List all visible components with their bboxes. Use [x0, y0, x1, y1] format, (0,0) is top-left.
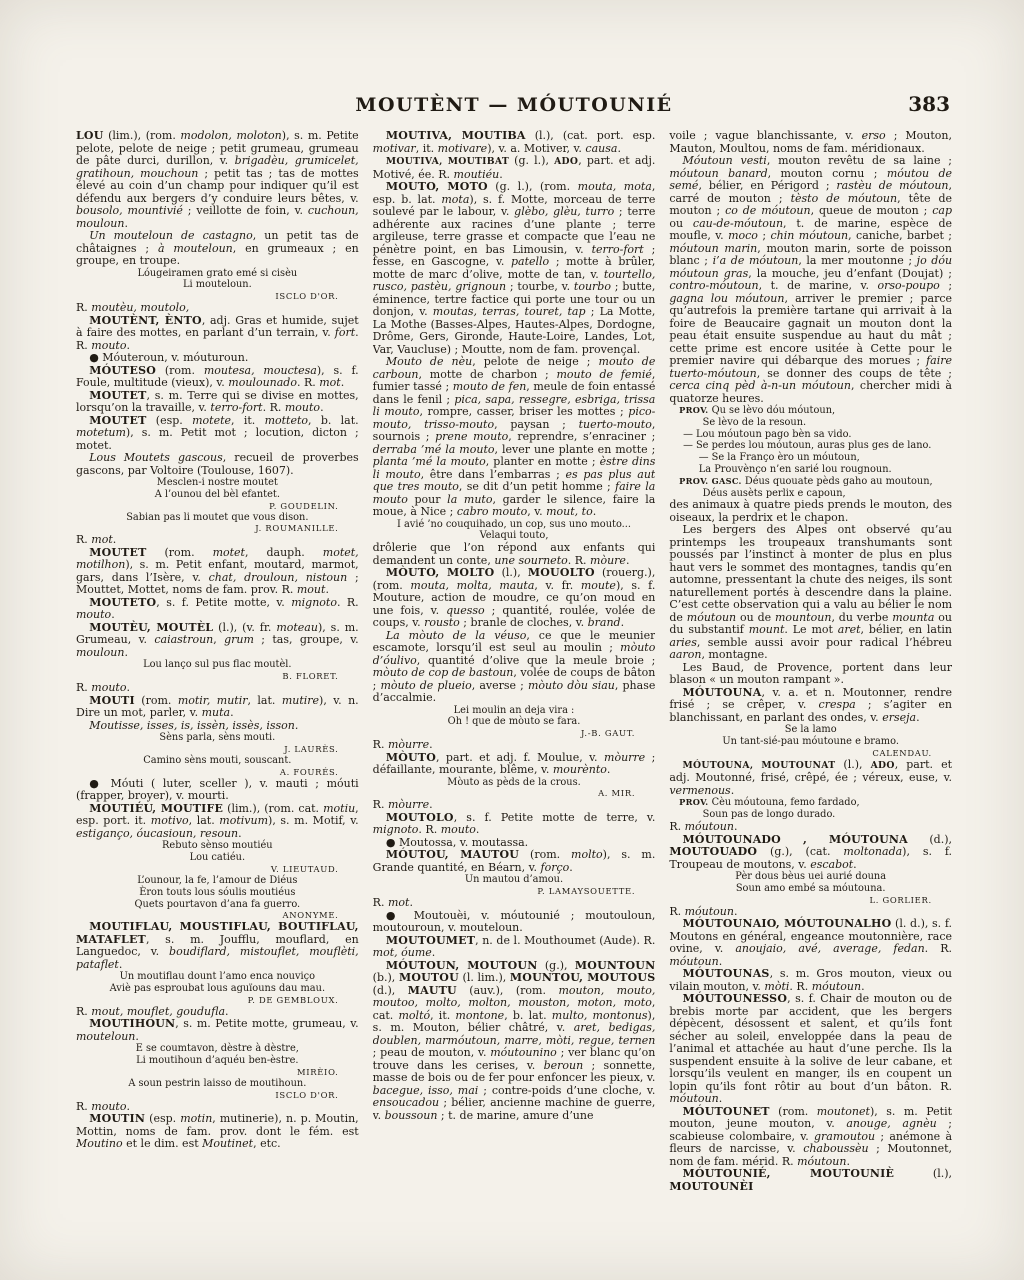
dictionary-entry: MOUTET (rom. motet, dauph. motet, motilh… [76, 547, 359, 597]
text-run: . R. [263, 401, 285, 414]
text-run: R. [373, 798, 388, 811]
paragraph: ● Móuti ( luter, sceller ), v. mauti ; m… [76, 778, 359, 803]
text-run: , it. [416, 142, 438, 155]
headword: MOUTOLO [386, 811, 454, 824]
dictionary-entry: MÓUTOU, MAUTOU (rom. molto), s. m. Grand… [373, 849, 656, 874]
italic-term: mouto [76, 608, 111, 621]
italic-term: montone [455, 1009, 504, 1022]
dictionary-entry: MÓUTOUNIÉ, MOUTOUNIÈ (l.), MOUTOUNÈI [669, 1168, 952, 1193]
text-run: ; contre-poids d’une cloche, v. [478, 1084, 655, 1097]
text-run: . Le mot [784, 623, 837, 636]
text-run: , lat. [189, 814, 220, 827]
italic-term: cabro mouto [457, 505, 527, 518]
italic-term: mòurre [604, 751, 645, 764]
text-run: . [126, 681, 130, 694]
text-run: Lou catiéu. [190, 852, 245, 863]
text-run: . [607, 763, 611, 776]
paragraph: La mòuto de la véuso, ce que le meunier … [373, 630, 656, 705]
italic-term: moutesa, mouctesa [204, 364, 317, 377]
text-run: . [341, 376, 345, 389]
text-run: . [731, 784, 735, 797]
italic-term: tuerto-mouto [579, 418, 652, 431]
italic-term: mouto de femié [556, 368, 651, 381]
text-run: V. LIEUTAUD. [271, 864, 339, 874]
italic-term: planta ’mé la mouto [373, 455, 486, 468]
text-run: . [124, 646, 128, 659]
italic-term: anoujaio, avé, average, fedan [735, 942, 924, 955]
dictionary-entry: MOUTOUMET, n. de l. Mouthoumet (Aude). R… [373, 935, 656, 960]
text-run: Les Baud, de Provence, portent dans leur… [669, 661, 952, 687]
text-run: . [853, 858, 857, 871]
text-run: Mesclen-i nostre moutet [157, 477, 278, 488]
text-run: — Lou móutoun pago bèn sa vido. [683, 429, 851, 440]
verse-quote: Sèns parla, sèns mouti. [76, 732, 359, 744]
text-run: Lou lanço sul pus flac moutèl. [143, 659, 291, 670]
italic-term: La mòuto de la véuso [386, 629, 527, 642]
text-run: ISCLO D'OR. [275, 1090, 338, 1100]
text-run: , être dans l’embarras ; [421, 468, 566, 481]
italic-term: mouloun [76, 646, 124, 659]
headword: MOUNTOU, MOUTOUS [510, 971, 655, 984]
italic-term: mout, mouflet, goudufla [91, 1005, 225, 1018]
text-run: , pelote de neige ; [472, 355, 598, 368]
text-run: , planter en motte ; [486, 455, 600, 468]
text-run: R. [76, 533, 91, 546]
italic-term: móutoun [797, 1155, 846, 1168]
citation-author: P. GOUDELIN. [76, 501, 359, 512]
text-run: J.-B. GAUT. [581, 728, 635, 738]
dictionary-entry: MÓUTOUNAIO, MÓUTOUNALHO (l. d.), s. f. M… [669, 918, 952, 968]
italic-term: contro-móutoun [669, 279, 758, 292]
headword: MOUTETO [89, 596, 156, 609]
paragraph: Mouto de nèu, pelote de neige ; mouto de… [373, 356, 656, 519]
italic-term: orso-poupo [878, 279, 940, 292]
italic-term: anouge, agnèu [846, 1117, 936, 1130]
text-run: , n. de l. Mouthoumet (Aude). R. [475, 934, 655, 947]
italic-term: bacegue, isso, mai [373, 1084, 479, 1097]
headword: MOUTIHOUN [89, 1017, 175, 1030]
italic-term: caiastroun [154, 633, 213, 646]
smallcaps-term: PROV. [679, 405, 708, 415]
text-run: E se coumtavon, dèstre à dèstre, [136, 1043, 299, 1054]
italic-term: moutèu, moutolo, [91, 301, 189, 314]
text-run: (esp. [145, 1112, 180, 1125]
text-run: , semble aussi avoir pour radical l’hébr… [697, 636, 952, 649]
italic-term: mòurre [388, 798, 429, 811]
headword: MÓUTOUNIÉ, MOUTOUNIÈ [683, 1167, 895, 1180]
headword: MOUTOU [399, 971, 459, 984]
text-run: Sèns parla, sèns mouti. [159, 732, 275, 743]
verse-quote: I avié ’no couquihado, un cop, sus uno m… [373, 519, 656, 543]
italic-term: Moutisse, isses, is, issèn, issès, isson… [89, 719, 298, 732]
italic-term: moco [728, 229, 758, 242]
text-run: (rom. [147, 546, 213, 559]
italic-term: la muto [447, 493, 492, 506]
headword: MOUTÈNT, ÈNTO [89, 314, 202, 327]
text-run: ; veillotte de foin, v. [183, 204, 308, 217]
dictionary-entry: MÓUTESO (rom. moutesa, mouctesa), s. f. … [76, 365, 359, 390]
italic-term: motivum [219, 814, 268, 827]
text-run: Quets pourtavon d’ana fa guerro. [135, 899, 301, 910]
dictionary-entry: MÓUTOUN, MOUTOUN (g.), MOUNTOUN (b.), MO… [373, 960, 656, 1123]
italic-term: muta [202, 706, 231, 719]
italic-term: patello [511, 255, 549, 268]
text-run: Oh ! que de mòuto se fara. [448, 716, 581, 727]
italic-term: motet [213, 546, 245, 559]
italic-term: Moutinet [202, 1137, 253, 1150]
italic-term: terro-fort [592, 243, 644, 256]
text-run: (auv.), (rom. [457, 984, 559, 997]
text-run: (esp. [147, 414, 193, 427]
text-run: R. [373, 738, 388, 751]
paragraph: Les bergers des Alpes ont observé qu’au … [669, 524, 952, 662]
headword: MOUTOUNÈI [669, 1180, 753, 1193]
text-run: ou [669, 217, 693, 230]
text-run: , b. lat. [504, 1009, 552, 1022]
text-run: . [126, 339, 130, 352]
text-run: A. FOURÉS. [280, 767, 339, 777]
text-run: . [734, 820, 738, 833]
header-title: MOUTÈNT — MÓUTOUNIÉ [76, 94, 952, 116]
text-run: (d.), [908, 833, 952, 846]
italic-term: glèbo, glèu, turro [514, 205, 614, 218]
italic-term: terro-fort [210, 401, 262, 414]
text-run: , paysan ; [494, 418, 579, 431]
text-run: R. [669, 905, 684, 918]
italic-term: derraba ’mé la mouto [373, 443, 495, 456]
text-run: Pèr dous bèus uei aurié douna [735, 871, 886, 882]
text-run: . [621, 616, 625, 629]
headword: MÓUTOUNAIO, MÓUTOUNALHO [683, 917, 892, 930]
headword: MOUTET [89, 389, 146, 402]
headword: MÓUTOUN, MOUTOUN [386, 959, 538, 972]
headword: MÓUTOUNADO , MÓUTOUNA [683, 833, 908, 846]
text-run: Déus quouate pèds gaho au moutoun, [742, 476, 933, 487]
italic-term: mout [297, 583, 326, 596]
italic-term: chaboussèu [803, 1142, 868, 1155]
italic-term: móutoun [687, 611, 736, 624]
proverb: — Se la Franço èro un móutoun,La Prouvèn… [669, 452, 952, 476]
verse-quote: A soun pestrin laisso de moutihoun. [76, 1078, 359, 1090]
text-run: . [320, 401, 324, 414]
text-run: (l.), (v. fr. [213, 621, 276, 634]
italic-term: boussoun [385, 1109, 438, 1122]
verse-quote: Un mautou d’amou. [373, 874, 656, 886]
text-run: P. LAMAYSOUETTE. [537, 886, 635, 896]
italic-term: causa [585, 142, 617, 155]
running-header: MOUTÈNT — MÓUTOUNIÉ 383 [76, 94, 952, 130]
text-run: Camino sèns mouti, souscant. [143, 755, 291, 766]
text-run: . [124, 217, 128, 230]
text-run: , s. f. Petite motte, v. [156, 596, 291, 609]
text-run: pour [408, 493, 447, 506]
italic-term: mount [749, 623, 785, 636]
text-run: ; tas, groupe, v. [254, 633, 359, 646]
text-run: Cèu móutouna, femo fardado, [708, 797, 859, 808]
italic-term: motivar [373, 142, 416, 155]
dictionary-entry: MOUTIVA, MOUTIBAT (g. l.), ADO, part. et… [373, 155, 656, 181]
italic-term: gramoutou [814, 1130, 875, 1143]
text-run: , mouton revêtu de sa laine ; [767, 154, 952, 167]
italic-term: motetum [76, 426, 126, 439]
text-run: , it. [430, 1009, 455, 1022]
text-run: , averse ; [472, 679, 528, 692]
text-run: La Prouvènço n’en sarié lou rougnoun. [699, 464, 892, 475]
text-run: , lat. [247, 694, 281, 707]
italic-term: motivo [151, 814, 189, 827]
text-run: Un mautou d’amou. [465, 874, 563, 885]
italic-term: Móutoun vesti [683, 154, 767, 167]
headword: LOU [76, 130, 104, 142]
proverb: PROV. Cèu móutouna, femo fardado,Soun pa… [669, 797, 952, 821]
text-run: (rom. [770, 1105, 817, 1118]
text-run: , s. m. Petite motte, grumeau, v. [175, 1017, 358, 1030]
verse-quote: L’ounour, la fe, l’amour de DiéusÈron to… [76, 875, 359, 910]
text-run: . [846, 1155, 850, 1168]
italic-term: aries [669, 636, 697, 649]
paragraph: voile ; vague blanchissante, v. erso ; M… [669, 130, 952, 155]
smallcaps-term: PROV. [679, 797, 708, 807]
text-run: P. DE GEMBLOUX. [248, 995, 339, 1005]
paragraph: ● Moutouèi, v. móutounié ; moutouloun, m… [373, 910, 656, 935]
italic-term: prene mouto [435, 430, 508, 443]
italic-term: co de móutoun [725, 204, 810, 217]
headword: MOUNTOUN [575, 959, 655, 972]
proverb: PROV. GASC. Déus quouate pèds gaho au mo… [669, 476, 952, 500]
text-run: ● Moutouèi, v. móutounié ; moutouloun, m… [373, 909, 656, 935]
text-run: — Se perdes lou móutoun, auras plus ges … [683, 440, 931, 451]
text-run: ; t. de marine, amure d’une [437, 1109, 593, 1122]
paragraph: Moutisse, isses, is, issèn, issès, isson… [76, 720, 359, 733]
text-run: J. ROUMANILLE. [255, 523, 338, 533]
text-run: , rompre, casser, briser les mottes ; [419, 405, 628, 418]
italic-term: cerca cinq pèd à-n-un móutoun [669, 379, 851, 392]
italic-term: tourbo [574, 280, 611, 293]
italic-term: gagna lou móutoun [669, 292, 784, 305]
text-run: . [734, 905, 738, 918]
text-run: . R. [297, 376, 319, 389]
italic-term: mouto de fen [453, 380, 527, 393]
text-run: des animaux à quatre pieds prends le mou… [669, 498, 952, 524]
italic-term: tèsto de móutoun [791, 192, 898, 205]
citation-author: MIRÈIO. [76, 1067, 359, 1078]
italic-term: cap [932, 204, 952, 217]
text-run: , etc. [253, 1137, 281, 1150]
text-run: Soun pas de longo durado. [703, 809, 836, 820]
text-run: (l.), (cat. port. esp. [526, 130, 656, 142]
text-run: . [593, 505, 597, 518]
italic-term: mout, to [546, 505, 593, 518]
text-run: , la mer moutonne ; [798, 254, 916, 267]
text-run: . [719, 1092, 723, 1105]
smallcaps-term: ADO [871, 760, 895, 771]
text-run: , se donner des coups de tête ; [757, 367, 952, 380]
text-run: (g.), (cat. [757, 845, 843, 858]
italic-term: chat, drouloun, nistoun [209, 571, 348, 584]
paragraph: des animaux à quatre pieds prends le mou… [669, 499, 952, 524]
dictionary-entry: MOUTIHOUN, s. m. Petite motte, grumeau, … [76, 1018, 359, 1043]
text-run: , quantité d’olive que la meule broie ; [417, 654, 656, 667]
text-run: R. [76, 1100, 91, 1113]
italic-term: beroun [544, 1059, 584, 1072]
text-run: et le dim. est [123, 1137, 203, 1150]
text-run: . [499, 168, 503, 181]
text-run: . R. [568, 554, 590, 567]
text-run: (lim.), (rom. [104, 130, 181, 142]
headword: MOUTET [89, 414, 146, 427]
text-run: ou de [736, 611, 775, 624]
page-number: 383 [908, 92, 950, 116]
italic-term: móutoun [812, 980, 861, 993]
text-run: ISCLO D'OR. [275, 291, 338, 301]
italic-term: moulounado [228, 376, 297, 389]
text-run: ● Móuteroun, v. móuturoun. [89, 351, 248, 364]
text-run: Lei moulin an deja vira : [454, 705, 575, 716]
italic-term: aret [838, 623, 861, 636]
paragraph: drôlerie que l’on répond aux enfants qui… [373, 542, 656, 567]
citation-author: V. LIEUTAUD. [76, 864, 359, 875]
italic-term: mouto [91, 681, 126, 694]
italic-term: moute [581, 579, 616, 592]
text-run: I avié ’no couquihado, un cop, sus uno m… [397, 519, 631, 530]
text-run: (l.), [835, 758, 870, 771]
proverb: PROV. Qu se lèvo dóu móutoun,Se lèvo de … [669, 405, 952, 429]
text-run: A l’ounou del bèl efantet. [155, 489, 280, 500]
smallcaps-term: MÓUTOUNA, MOUTOUNAT [683, 760, 836, 771]
italic-term: grum [224, 633, 254, 646]
text-run: , bélier, en Périgord ; [698, 179, 836, 192]
headword: MÓUTOUNA [683, 686, 762, 699]
italic-term: mot, óume [373, 946, 432, 959]
italic-term: Lous Moutets gascous [89, 451, 223, 464]
text-run: R. [76, 301, 91, 314]
italic-term: moutiéu [454, 168, 500, 181]
column-right: voile ; vague blanchissante, v. erso ; M… [669, 130, 952, 1248]
citation-author: J. LAURÈS. [76, 744, 359, 755]
dictionary-entry: MÒUTO, MOLTO (l.), MOUOLTO (rouerg.), (r… [373, 567, 656, 630]
headword: MÒUTO [386, 751, 436, 764]
text-run: . R. [418, 823, 440, 836]
text-run: Se la lamo [785, 724, 837, 735]
text-run: R. [373, 896, 388, 909]
italic-term: moltó [399, 1009, 431, 1022]
italic-term: à mouteloun [158, 242, 233, 255]
text-run: . [238, 827, 242, 840]
text-run: voile ; vague blanchissante, v. [669, 130, 861, 142]
text-run: . [626, 554, 630, 567]
text-run: . [113, 533, 117, 546]
italic-term: mota [441, 193, 469, 206]
italic-term: motin [180, 1112, 212, 1125]
text-run: , se dit d’un petit homme ; [459, 480, 615, 493]
dictionary-entry: MOUTIÉU, MOUTIFE (lim.), (rom. cat. moti… [76, 803, 359, 841]
italic-term: mouto [441, 823, 476, 836]
dictionary-entry: MOUTOLO, s. f. Petite motte de terre, v.… [373, 812, 656, 837]
text-run: Soun amo embé sa móutouna. [736, 883, 886, 894]
text-run: (d.), [373, 984, 408, 997]
text-run: (l.), [894, 1167, 952, 1180]
text-run: , v. fr. [534, 579, 580, 592]
text-run: (g. l.), (rom. [488, 180, 578, 193]
text-run: (l. lim.), [459, 971, 510, 984]
italic-term: motivare [438, 142, 488, 155]
italic-term: mot [319, 376, 340, 389]
italic-term: mòuto de plueio [380, 679, 471, 692]
dictionary-entry: MÓUTOUNADO , MÓUTOUNA (d.), MOUTOUADO (g… [669, 834, 952, 872]
text-run: Aviè pas esproubat lous aguïouns dau mau… [110, 983, 325, 994]
text-run: , s. f. Petite motte de terre, v. [454, 811, 656, 824]
text-run: Velaqui touto, [480, 530, 549, 541]
paragraph: Lous Moutets gascous, recueil de proverb… [76, 452, 359, 477]
text-run: (rom. [156, 364, 204, 377]
text-run: Rebuto sènso moutiéu [162, 840, 273, 851]
text-run: ; [758, 229, 771, 242]
text-run: P. GOUDELIN. [269, 501, 338, 511]
text-run: L. GORLIER. [869, 895, 931, 905]
text-run: . [135, 1030, 139, 1043]
italic-term: mot [388, 896, 409, 909]
text-run: Sabian pas li moutet que vous dison. [126, 512, 308, 523]
italic-term: mountoun [775, 611, 831, 624]
italic-term: móutounino [490, 1046, 557, 1059]
text-run: ), s. m. Motif, v. [268, 814, 359, 827]
text-run: , reprendre, s’enraciner ; [508, 430, 655, 443]
text-run: , queue de mouton ; [811, 204, 933, 217]
column-middle: MOUTIVA, MOUTIBA (l.), (cat. port. esp. … [373, 130, 656, 1248]
italic-term: mouto [91, 1100, 126, 1113]
text-run: . [429, 798, 433, 811]
italic-term: mignoto [373, 823, 419, 836]
dictionary-entry: MOUTI (rom. motir, mutir, lat. mutire), … [76, 695, 359, 720]
italic-term: modolon, moloton [180, 130, 281, 142]
text-run: , b. lat. [308, 414, 359, 427]
text-run: Qu se lèvo dóu móutoun, [708, 405, 835, 416]
dictionary-entry: MÓUTOUNET (rom. moutonet), s. m. Petit m… [669, 1106, 952, 1169]
text-run: (lim.), (rom. cat. [223, 802, 323, 815]
italic-term: fort [335, 326, 355, 339]
italic-term: móutoun banard [669, 167, 767, 180]
headword: MÓUTESO [89, 364, 156, 377]
italic-term: vermenous [669, 784, 730, 797]
italic-term: mouta, molta, mauta [410, 579, 534, 592]
verse-quote: Lou lanço sul pus flac moutèl. [76, 659, 359, 671]
italic-term: moltonada [843, 845, 902, 858]
column-left: LOU (lim.), (rom. modolon, moloton), s. … [76, 130, 359, 1248]
smallcaps-term: PROV. GASC. [679, 476, 742, 486]
italic-term: mouto [91, 339, 126, 352]
text-run: . [617, 142, 621, 155]
text-run: (l.), [494, 566, 527, 579]
dictionary-entry: MOUTIFLAU, MOUSTIFLAU, BOUTIFLAU, MATAFL… [76, 921, 359, 971]
italic-term: Un mouteloun de castagno [89, 229, 253, 242]
text-run: , v. [527, 505, 546, 518]
text-run: . [916, 711, 920, 724]
italic-term: motir, mutir [178, 694, 248, 707]
text-run: L’ounour, la fe, l’amour de Diéus [137, 875, 297, 886]
italic-term: móutoun [669, 1092, 718, 1105]
italic-term: mòuto dòu siau [528, 679, 615, 692]
italic-term: escabot [810, 858, 853, 871]
text-run: Lóugeiramen grato emé si cisèu [137, 268, 297, 279]
text-run: (rom. [519, 848, 571, 861]
text-run: , mouton cornu ; [768, 167, 887, 180]
italic-term: erseja [882, 711, 916, 724]
dictionary-entry: MÓUTOUNAS, s. m. Gros mouton, vieux ou v… [669, 968, 952, 993]
italic-term: Moutino [76, 1137, 123, 1150]
text-run: , lever une plante en motte ; [495, 443, 656, 456]
dictionary-entry: MOUTETO, s. f. Petite motte, v. mignoto.… [76, 597, 359, 622]
text-run: , s. f. Chair de mouton ou de brebis mor… [669, 992, 952, 1093]
